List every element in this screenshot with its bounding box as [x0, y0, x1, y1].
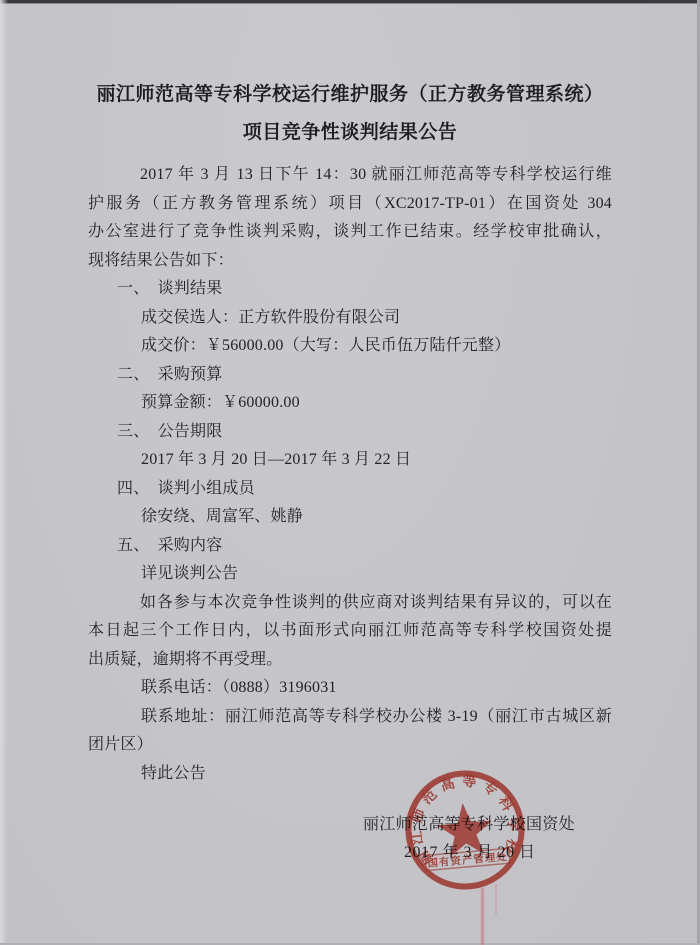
objection-line-1: 如各参与本次竞争性谈判的供应商对谈判结果有异议的，可以在 [88, 589, 612, 618]
intro-line-2: 护服务（正方教务管理系统）项目（XC2017-TP-01）在国资处 304 [88, 190, 612, 219]
intro-line-4: 现将结果公告如下： [88, 247, 612, 276]
winning-candidate-line: 成交侯选人：正方软件股份有限公司 [88, 304, 612, 333]
objection-line-2: 本日起三个工作日内，以书面形式向丽江师范高等专科学校国资处提 [88, 617, 612, 646]
section-5-heading: 五、 采购内容 [88, 532, 612, 561]
intro-line-3: 办公室进行了竞争性谈判采购，谈判工作已结束。经学校审批确认， [88, 218, 612, 247]
seal-ink-drip-faint [495, 884, 497, 914]
scan-edge-top-shadow [0, 3, 700, 4]
section-2-heading: 二、 采购预算 [88, 361, 612, 390]
section-4-heading: 四、 谈判小组成员 [88, 475, 612, 504]
seal-star-icon [435, 801, 495, 858]
objection-line-3: 出质疑，逾期将不再受理。 [88, 646, 612, 675]
notice-body: 2017 年 3 月 13 日下午 14：30 就丽江师范高等专科学校运行维 护… [88, 161, 612, 788]
notice-period-line: 2017 年 3 月 20 日—2017 年 3 月 22 日 [88, 446, 612, 475]
notice-title-line-1: 丽江师范高等专科学校运行维护服务（正方教务管理系统） [0, 76, 700, 114]
seal-ink-drip [481, 888, 484, 945]
notice-title-line-2: 项目竞争性谈判结果公告 [0, 114, 700, 152]
procurement-content-line: 详见谈判公告 [88, 560, 612, 589]
panel-members-line: 徐安绕、周富军、姚静 [88, 503, 612, 532]
section-3-heading: 三、 公告期限 [88, 418, 612, 447]
official-seal-stamp: 丽江师范高等专科学校 国有资产管理处 [384, 749, 547, 912]
budget-amount-line: 预算金额：￥60000.00 [88, 389, 612, 418]
section-1-heading: 一、 谈判结果 [88, 275, 612, 304]
contact-phone-line: 联系电话：（0888）3196031 [88, 674, 612, 703]
notice-title: 丽江师范高等专科学校运行维护服务（正方教务管理系统） 项目竞争性谈判结果公告 [0, 76, 700, 152]
deal-price-line: 成交价：￥56000.00（大写：人民币伍万陆仟元整） [88, 332, 612, 361]
contact-address-line-1: 联系地址：丽江师范高等专科学校办公楼 3-19（丽江市古城区新 [88, 703, 612, 732]
intro-line-1: 2017 年 3 月 13 日下午 14：30 就丽江师范高等专科学校运行维 [88, 161, 612, 190]
